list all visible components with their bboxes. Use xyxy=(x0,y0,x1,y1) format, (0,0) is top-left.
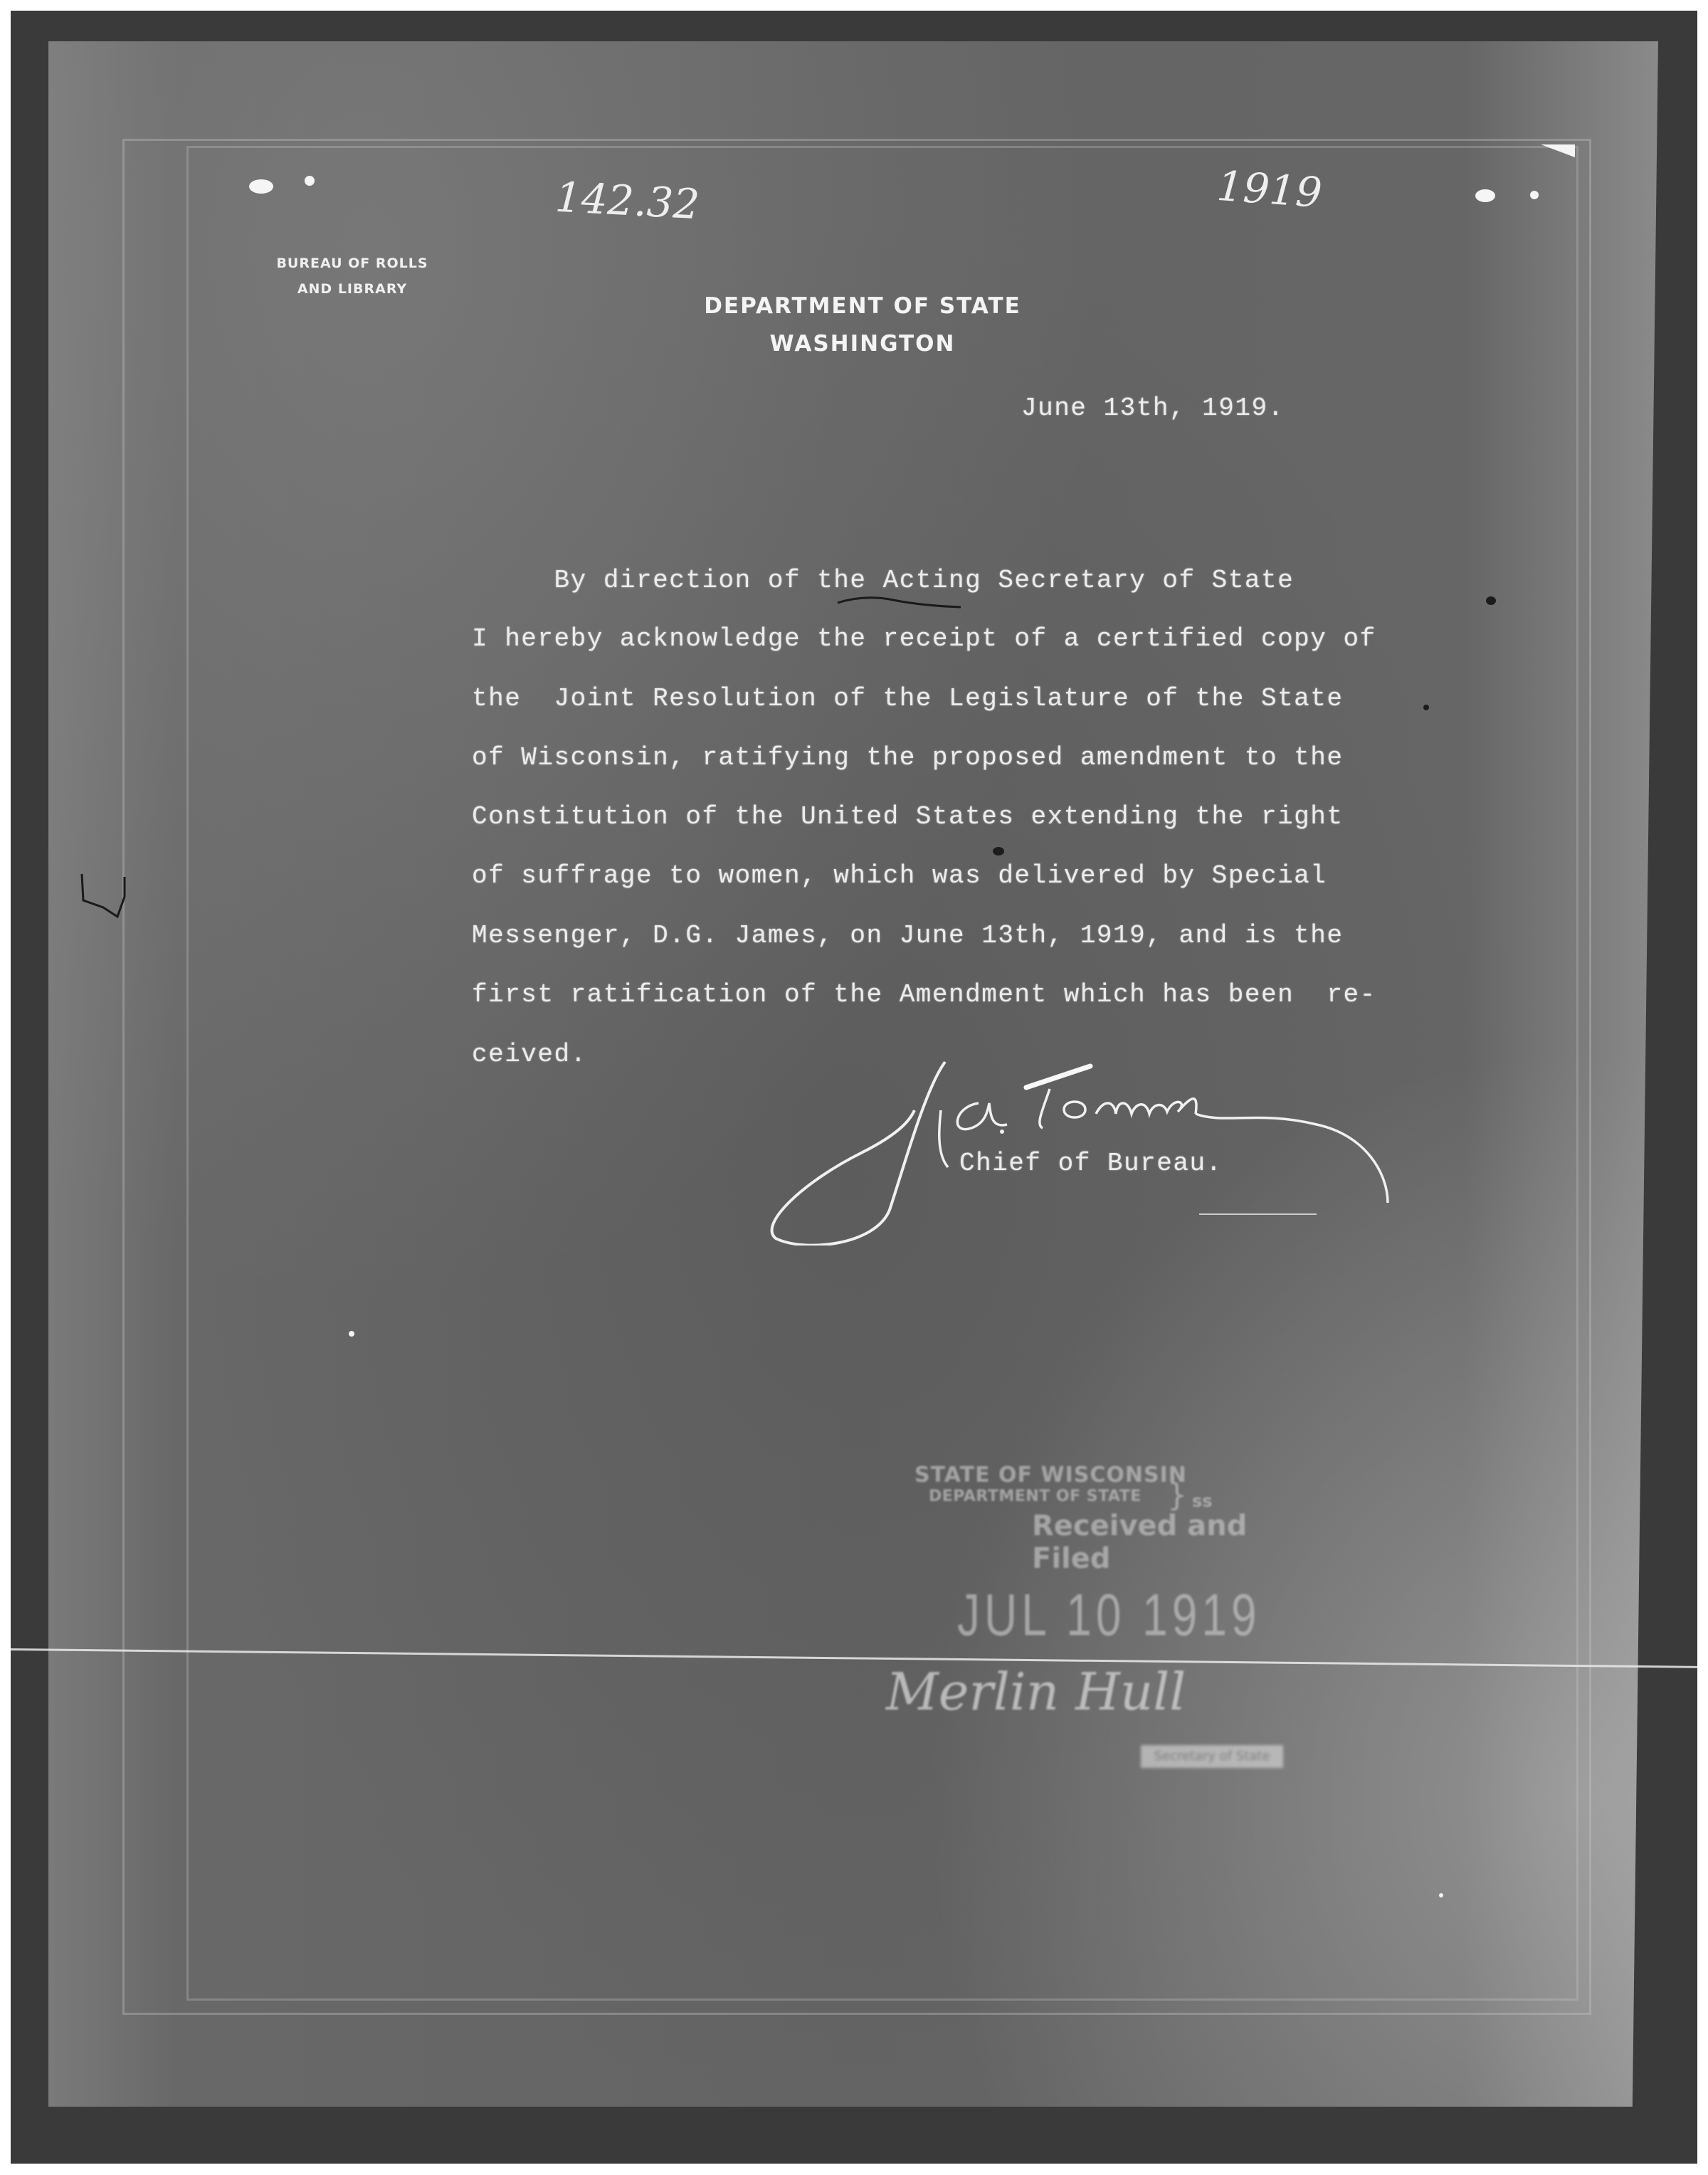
body-line: first ratification of the Amendment whic… xyxy=(472,980,1376,1009)
bureau-letterhead: BUREAU OF ROLLS AND LIBRARY xyxy=(263,251,441,302)
received-filed-stamp: STATE OF WISCONSIN DEPARTMENT OF STATE }… xyxy=(914,1463,1313,1633)
signature-underline xyxy=(1199,1213,1317,1215)
margin-pencil-mark xyxy=(75,868,132,925)
body-line: Messenger, D.G. James, on June 13th, 191… xyxy=(472,921,1344,950)
light-speck xyxy=(349,1331,354,1337)
signature-title: Chief of Bureau. xyxy=(959,1149,1223,1178)
handwritten-reference-number: 142.32 xyxy=(554,173,700,229)
body-line: of suffrage to women, which was delivere… xyxy=(472,861,1327,890)
punch-mark-left xyxy=(249,179,273,194)
body-line: the Joint Resolution of the Legislature … xyxy=(472,684,1344,713)
stamp-date: JUL 10 1919 xyxy=(957,1581,1313,1649)
signature-merlin-hull: Merlin Hull xyxy=(886,1662,1186,1722)
department-city: WASHINGTON xyxy=(649,325,1076,363)
department-letterhead: DEPARTMENT OF STATE WASHINGTON xyxy=(649,288,1076,363)
secretary-of-state-stamp: Secretary of State xyxy=(1141,1745,1283,1768)
letter-date: June 13th, 1919. xyxy=(1021,394,1285,423)
ink-speck xyxy=(993,847,1004,855)
body-line: of Wisconsin, ratifying the proposed ame… xyxy=(472,743,1344,772)
punch-mark-left-small xyxy=(305,176,315,186)
stamp-bracket: } xyxy=(1167,1477,1187,1513)
stamp-state-line: STATE OF WISCONSIN xyxy=(914,1463,1313,1487)
ink-speck xyxy=(1423,705,1429,710)
body-line: Constitution of the United States extend… xyxy=(472,802,1344,831)
stamp-department-line: DEPARTMENT OF STATE xyxy=(929,1487,1313,1505)
body-line: I hereby acknowledge the receipt of a ce… xyxy=(472,624,1376,653)
handwritten-year: 1919 xyxy=(1216,162,1324,217)
stamp-received-filed: Received and Filed xyxy=(1032,1510,1313,1575)
punch-mark-right-small xyxy=(1530,191,1539,199)
body-line: ceived. xyxy=(472,1040,587,1069)
punch-mark-right xyxy=(1475,189,1495,202)
bureau-line-2: AND LIBRARY xyxy=(263,276,441,302)
department-name: DEPARTMENT OF STATE xyxy=(649,288,1076,325)
light-speck xyxy=(1439,1893,1443,1897)
stamp-ss: ss xyxy=(1192,1491,1213,1511)
pencil-underline-mark xyxy=(836,594,979,616)
torn-corner xyxy=(1541,144,1575,157)
ink-speck xyxy=(1486,596,1496,605)
bureau-line-1: BUREAU OF ROLLS xyxy=(263,251,441,276)
body-line: By direction of the Acting Secretary of … xyxy=(472,566,1294,595)
signature-tonner xyxy=(761,1046,1544,1246)
